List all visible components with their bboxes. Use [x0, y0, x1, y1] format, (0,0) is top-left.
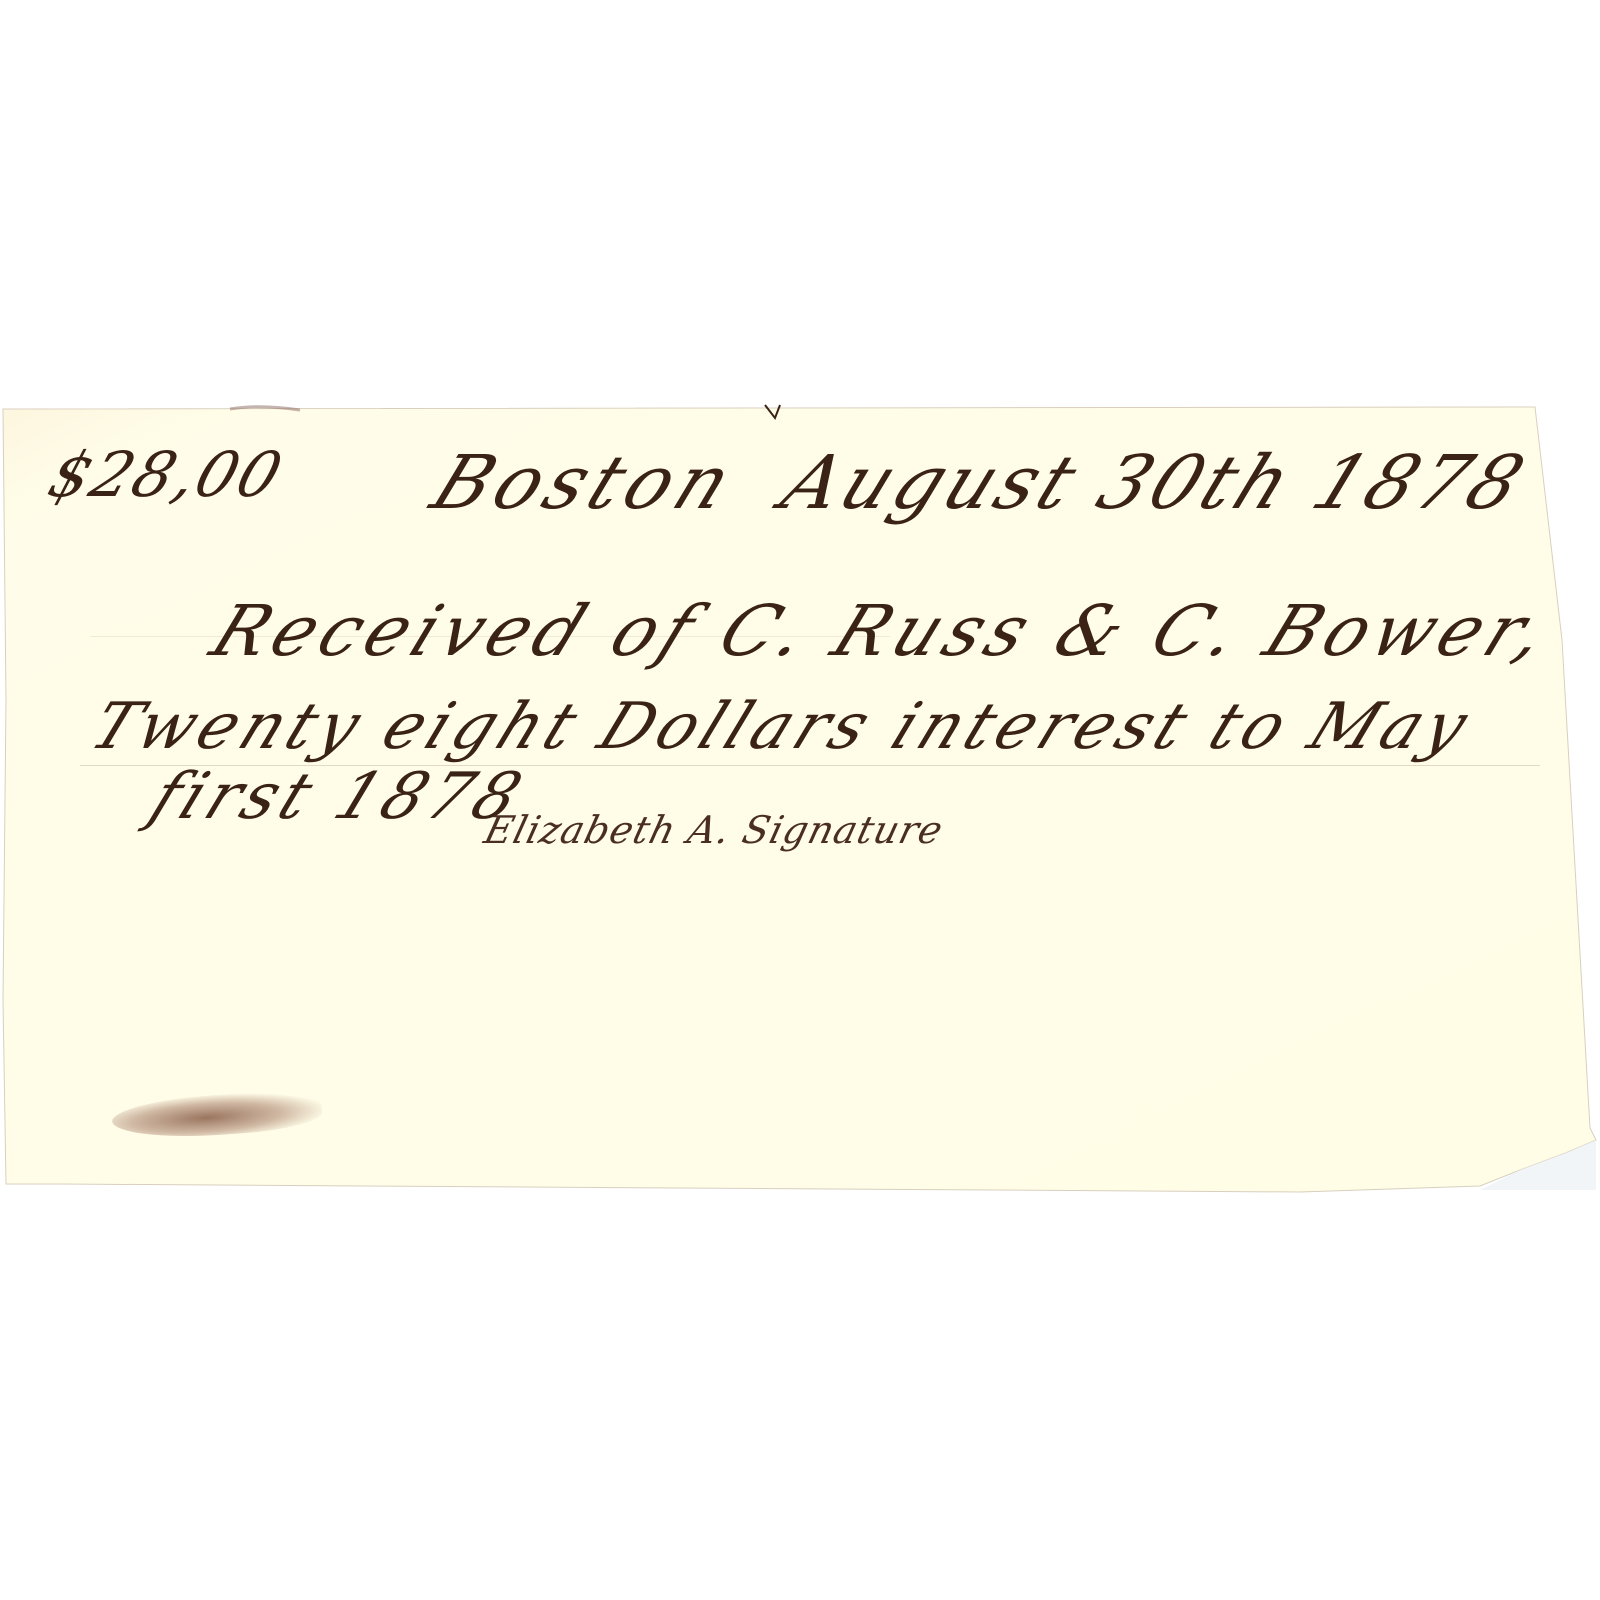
receipt-date: August 30th 1878 [770, 440, 1540, 526]
receipt-amount: $28,00 [40, 438, 293, 511]
receipt-body-line-2: Twenty eight Dollars interest to May [80, 690, 1483, 764]
receipt-paper: $28,00 Boston August 30th 1878 Received … [0, 0, 1600, 1600]
receipt-signature: Elizabeth A. Signature [480, 808, 948, 852]
receipt-body-line-3: first 1878 [140, 760, 536, 834]
receipt-body-line-1: Received of C. Russ & C. Bower, [200, 590, 1565, 672]
receipt-place: Boston [420, 440, 750, 526]
